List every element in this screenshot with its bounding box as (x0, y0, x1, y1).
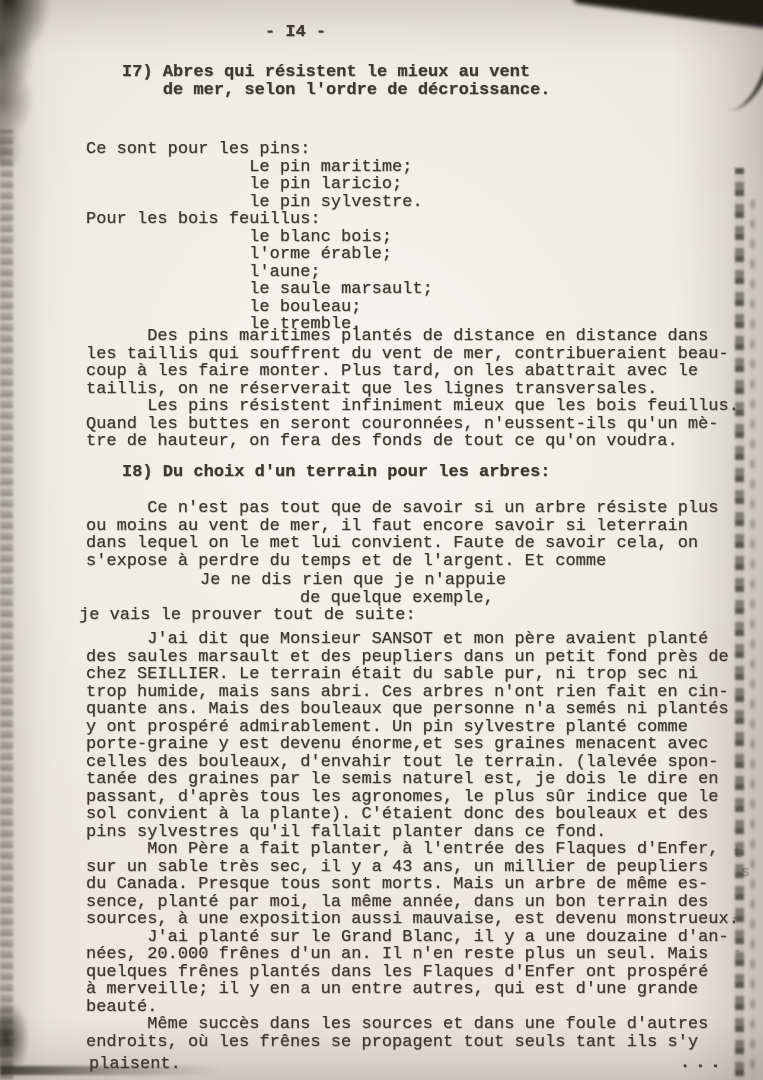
paragraph-choix-terrain: Ce n'est pas tout que de savoir si un ar… (86, 500, 719, 570)
scan-artifact-top-right-band (572, 0, 763, 37)
paragraph-pins-resistent: Les pins résistent infiniment mieux que … (86, 398, 739, 451)
scan-artifact-top-right-curve (721, 0, 763, 114)
scan-artifact-bottom-left-smudge (0, 1002, 28, 1074)
ellipsis-mark: ... (680, 1055, 726, 1073)
line-plaisent: plaisent. (89, 1056, 181, 1074)
quote-line-2: de quelque exemple, (300, 590, 494, 608)
scan-artifact-right-edge-streak-2 (750, 200, 755, 1080)
page-number: - I4 - (265, 24, 326, 42)
edge-bleed-mark: s (741, 864, 750, 881)
section-17-heading: I7) Abres qui résistent le mieux au vent… (122, 64, 550, 100)
paragraph-pins-maritimes: Des pins maritimes plantés de distance e… (86, 328, 729, 398)
scan-artifact-top-left-blob (0, 0, 73, 165)
scanned-page: t s - - - I4 - I7) Abres qui résistent l… (0, 0, 763, 1080)
scan-artifact-left-edge-strip (0, 130, 13, 1080)
species-list: Ce sont pour les pins: Le pin maritime; … (86, 141, 433, 334)
quote-line-1: Je ne dis rien que je n'appuie (200, 572, 506, 590)
paragraph-examples: J'ai dit que Monsieur SANSOT et mon père… (86, 631, 739, 1051)
section-18-heading: I8) Du choix d'un terrain pour les arbre… (122, 464, 550, 482)
line-prouver: je vais le prouver tout de suite: (79, 607, 416, 625)
